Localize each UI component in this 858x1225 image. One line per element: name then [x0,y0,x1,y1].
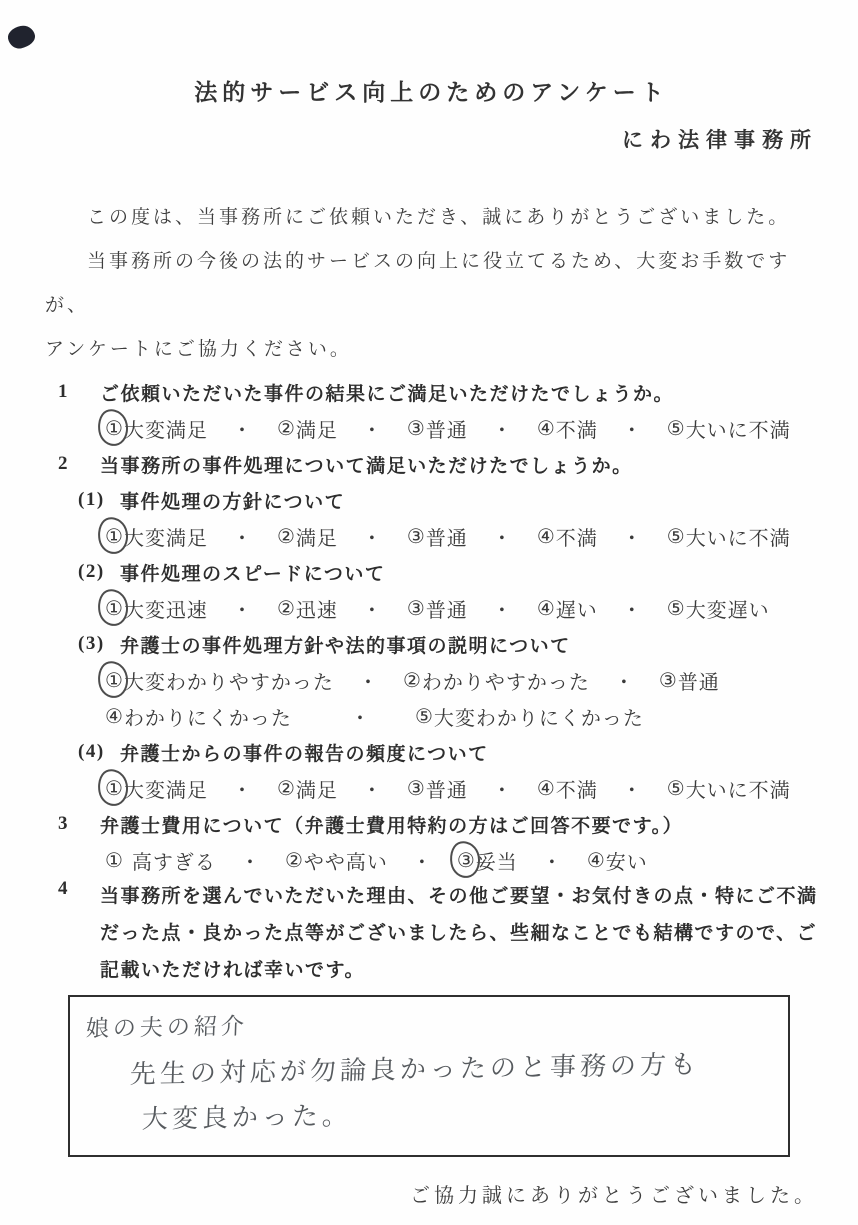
question-3-options: ①高すぎる ・ ②やや高い ・ ③妥当 ・ ④安い [105,842,818,878]
answer-option: ①大変満足 [105,774,208,803]
circled-answer-marker: ③ [457,848,476,873]
option-separator: ・ [492,594,513,623]
option-separator: ・ [492,774,513,803]
question-text: 弁護士からの事件の報告の頻度について [120,739,489,766]
answer-option-label: 遅い [556,594,598,623]
question-number: 1 [45,381,100,403]
law-office-name: にわ法律事務所 [45,126,818,154]
circled-answer-marker: ① [105,416,124,441]
document-title: 法的サービス向上のためのアンケート [45,76,818,110]
option-separator: ・ [362,774,383,803]
answer-option-label: 大変迅速 [124,594,208,623]
question-number: 3 [45,813,100,835]
ink-blot-mark [6,23,37,50]
answer-option: ③妥当 [457,846,518,875]
answer-option: ①大変わかりやすかった [105,666,334,695]
answer-option-label: 満足 [296,522,338,551]
answer-option: ②迅速 [277,594,338,623]
question-text: 事件処理の方針について [120,487,345,514]
answer-marker: ① [105,848,124,873]
question-text: 事件処理のスピードについて [120,559,385,586]
answer-option-label: 不満 [556,522,598,551]
answer-marker: ④ [537,416,556,441]
answer-option-label: 普通 [426,522,468,551]
answer-marker: ⑤ [415,704,434,729]
answer-marker: ④ [537,524,556,549]
answer-option: ②やや高い [285,846,388,875]
option-separator: ・ [362,594,383,623]
option-separator: ・ [358,666,379,695]
answer-option: ①高すぎる [105,846,216,875]
question-2-4-options: ①大変満足 ・ ②満足 ・ ③普通 ・ ④不満 ・ ⑤大いに不満 [105,770,818,806]
answer-option: ①大変迅速 [105,594,208,623]
answer-marker: ② [403,668,422,693]
answer-option-label: 妥当 [476,846,518,875]
answer-option-label: 不満 [556,414,598,443]
answer-option: ②満足 [277,774,338,803]
answer-option-label: 不満 [556,774,598,803]
answer-marker: ④ [105,704,124,729]
answer-marker: ② [277,524,296,549]
answer-option-label: 大変満足 [124,774,208,803]
answer-option: ④不満 [537,774,598,803]
question-1-options: ①大変満足 ・ ②満足 ・ ③普通 ・ ④不満 ・ ⑤大いに不満 [105,410,818,446]
answer-option-label: わかりにくかった [124,702,292,731]
answer-option: ①大変満足 [105,414,208,443]
intro-line: この度は、当事務所にご依頼いただき、誠にありがとうございました。 [45,196,818,240]
answer-marker: ⑤ [667,524,686,549]
option-separator: ・ [492,522,513,551]
option-separator: ・ [362,522,383,551]
question-2-1-heading: (1) 事件処理の方針について [45,482,818,518]
answer-marker: ③ [407,776,426,801]
answer-marker: ③ [407,416,426,441]
answer-option-label: 大いに不満 [686,414,791,443]
answer-marker: ② [277,416,296,441]
handwritten-response-line: 娘の夫の紹介 [85,1008,248,1044]
question-text: 弁護士の事件処理方針や法的事項の説明について [120,631,571,658]
question-number: (2) [45,561,120,583]
option-separator: ・ [614,666,635,695]
survey-document: 法的サービス向上のためのアンケート にわ法律事務所 この度は、当事務所にご依頼い… [0,0,858,1225]
free-response-box: 娘の夫の紹介 先生の対応が勿論良かったのと事務の方も 大変良かった。 [68,995,790,1157]
answer-option-label: 満足 [296,414,338,443]
question-number: 4 [45,878,100,900]
answer-marker: ② [277,596,296,621]
answer-option: ④遅い [537,594,598,623]
handwritten-response-line: 大変良かった。 [141,1095,352,1136]
option-separator: ・ [232,414,253,443]
option-separator: ・ [240,846,261,875]
answer-marker: ⑤ [667,596,686,621]
question-number: (3) [45,633,120,655]
option-separator: ・ [362,414,383,443]
answer-marker: ④ [537,596,556,621]
answer-option: ②満足 [277,522,338,551]
question-2-heading: 2 当事務所の事件処理について満足いただけたでしょうか。 [45,446,818,482]
answer-option-label: 大変満足 [124,522,208,551]
question-2-4-heading: (4) 弁護士からの事件の報告の頻度について [45,734,818,770]
answer-option-label: 大変遅い [686,594,770,623]
question-2-3-options-row-2: ④わかりにくかった ・ ⑤大変わかりにくかった [105,698,818,734]
answer-option: ③普通 [407,414,468,443]
option-separator: ・ [232,594,253,623]
circled-answer-marker: ① [105,596,124,621]
answer-option-label: やや高い [304,846,388,875]
question-number: (1) [45,489,120,511]
question-number: 2 [45,453,100,475]
answer-marker: ② [277,776,296,801]
question-4-heading: 4 当事務所を選んでいただいた理由、その他ご要望・お気付きの点・特にご不満だった… [45,878,818,989]
option-separator: ・ [412,846,433,875]
answer-marker: ③ [659,668,678,693]
answer-option-label: 満足 [296,774,338,803]
intro-line: アンケートにご協力ください。 [45,328,818,372]
question-text: 当事務所の事件処理について満足いただけたでしょうか。 [100,451,633,478]
question-text: 当事務所を選んでいただいた理由、その他ご要望・お気付きの点・特にご不満だった点・… [100,878,818,989]
intro-line: 当事務所の今後の法的サービスの向上に役立てるため、大変お手数ですが、 [45,240,818,328]
answer-option: ①大変満足 [105,522,208,551]
answer-marker: ⑤ [667,416,686,441]
answer-option: ③普通 [407,594,468,623]
answer-option: ⑤大いに不満 [667,522,791,551]
circled-answer-marker: ① [105,776,124,801]
question-2-1-options: ①大変満足 ・ ②満足 ・ ③普通 ・ ④不満 ・ ⑤大いに不満 [105,518,818,554]
option-separator: ・ [542,846,563,875]
circled-answer-marker: ① [105,668,124,693]
answer-option: ④わかりにくかった [105,702,292,731]
handwritten-response-line: 先生の対応が勿論良かったのと事務の方も [129,1044,700,1091]
option-separator: ・ [350,702,371,731]
question-3-heading: 3 弁護士費用について（弁護士費用特約の方はご回答不要です。） [45,806,818,842]
option-separator: ・ [622,522,643,551]
option-separator: ・ [492,414,513,443]
answer-option-label: 大いに不満 [686,522,791,551]
answer-option-label: 大変わかりやすかった [124,666,334,695]
question-number: (4) [45,741,120,763]
answer-option: ④安い [587,846,648,875]
answer-marker: ④ [587,848,606,873]
answer-option: ⑤大変わかりにくかった [415,702,644,731]
intro-paragraph: この度は、当事務所にご依頼いただき、誠にありがとうございました。 当事務所の今後… [45,196,818,372]
answer-option-label: 普通 [426,414,468,443]
option-separator: ・ [622,774,643,803]
answer-option-label: 普通 [426,774,468,803]
answer-option: ③普通 [659,666,720,695]
question-2-3-options-row-1: ①大変わかりやすかった ・ ②わかりやすかった ・ ③普通 [105,662,818,698]
answer-marker: ③ [407,596,426,621]
question-text: ご依頼いただいた事件の結果にご満足いただけたでしょうか。 [100,379,674,406]
closing-message: ご協力誠にありがとうございました。 [45,1179,818,1208]
answer-option-label: わかりやすかった [422,666,590,695]
answer-option-label: 大変満足 [124,414,208,443]
question-1-heading: 1 ご依頼いただいた事件の結果にご満足いただけたでしょうか。 [45,374,818,410]
survey-body: 1 ご依頼いただいた事件の結果にご満足いただけたでしょうか。 ①大変満足 ・ ②… [45,374,818,1208]
option-separator: ・ [622,594,643,623]
option-separator: ・ [622,414,643,443]
answer-option: ②わかりやすかった [403,666,590,695]
answer-option-label: 安い [606,846,648,875]
answer-marker: ③ [407,524,426,549]
answer-option-label: 高すぎる [132,846,216,875]
answer-option-label: 普通 [426,594,468,623]
answer-option-label: 迅速 [296,594,338,623]
answer-option: ③普通 [407,522,468,551]
answer-marker: ⑤ [667,776,686,801]
option-separator: ・ [232,522,253,551]
answer-option: ⑤大いに不満 [667,774,791,803]
answer-option: ⑤大いに不満 [667,414,791,443]
question-text: 弁護士費用について（弁護士費用特約の方はご回答不要です。） [100,811,683,838]
question-2-2-options: ①大変迅速 ・ ②迅速 ・ ③普通 ・ ④遅い ・ ⑤大変遅い [105,590,818,626]
answer-marker: ④ [537,776,556,801]
option-separator: ・ [232,774,253,803]
answer-option: ②満足 [277,414,338,443]
answer-option: ④不満 [537,522,598,551]
answer-option-label: 普通 [678,666,720,695]
answer-option-label: 大変わかりにくかった [434,702,644,731]
answer-marker: ② [285,848,304,873]
answer-option: ③普通 [407,774,468,803]
circled-answer-marker: ① [105,524,124,549]
answer-option-label: 大いに不満 [686,774,791,803]
answer-option: ④不満 [537,414,598,443]
question-2-2-heading: (2) 事件処理のスピードについて [45,554,818,590]
question-2-3-heading: (3) 弁護士の事件処理方針や法的事項の説明について [45,626,818,662]
answer-option: ⑤大変遅い [667,594,770,623]
